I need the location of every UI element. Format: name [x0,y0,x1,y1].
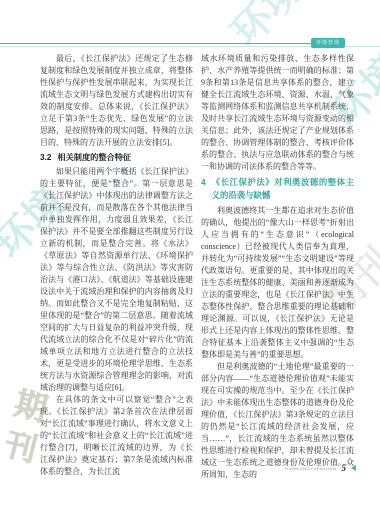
paragraph: 最后，《长江保护法》还规定了生态修复制度和绿色发展制度并独立成章，将整体性保护与… [40,53,193,149]
heading-number: 3.2 [40,151,51,164]
paragraph: 如果只能用两个字概括《长江保护法》的主要特征，便是“整合”。第一层意思是《长江保… [40,166,193,394]
left-column: 最后，《长江保护法》还规定了生态修复制度和绿色发展制度并独立成章，将整体性保护与… [40,53,193,481]
right-column: 域水环境质量和污染排放、生态多样性保护、水产养殖等提供统一而明确的标准；第9条和… [201,53,354,481]
heading-title: 《长江保护法》对利奥波德的整体主义的沿袭与缺憾 [212,176,354,202]
paragraph: 利奥波德终其一生都在追求对生态价值的确认，他提出的“像大山一样思考”折射出人应当… [201,205,354,361]
heading-title: 相关制度的整合特征 [57,151,131,164]
header-rule [0,43,344,44]
page-footer: HUANJINGYUFAZHAN 5 [285,462,356,474]
section-heading-4: 4 《长江保护法》对利奥波德的整体主义的沿袭与缺憾 [201,176,354,202]
article-body: 最后，《长江保护法》还规定了生态修复制度和绿色发展制度并独立成章，将整体性保护与… [40,53,354,481]
page-marker-icon [351,465,356,471]
section-heading-3-2: 3.2 相关制度的整合特征 [40,151,193,164]
section-badge: 环境管理 [311,38,345,48]
journal-name-pinyin: HUANJINGYUFAZHAN [285,466,336,471]
paragraph: 在具体的条文中可以察觉“整合”之表现。《长江保护法》第2条首次在法律层面对“长江… [40,394,193,478]
journal-page: 环境 环境 环境 期刊 期刊 环境 环境管理 最后，《长江保护法》还规定了生态修… [0,0,380,515]
paragraph: 域水环境质量和污染排放、生态多样性保护、水产养殖等提供统一而明确的标准；第9条和… [201,53,354,173]
heading-number: 4 [201,176,206,202]
page-number: 5 [342,463,347,473]
watermark-text: 环境 [217,0,314,57]
